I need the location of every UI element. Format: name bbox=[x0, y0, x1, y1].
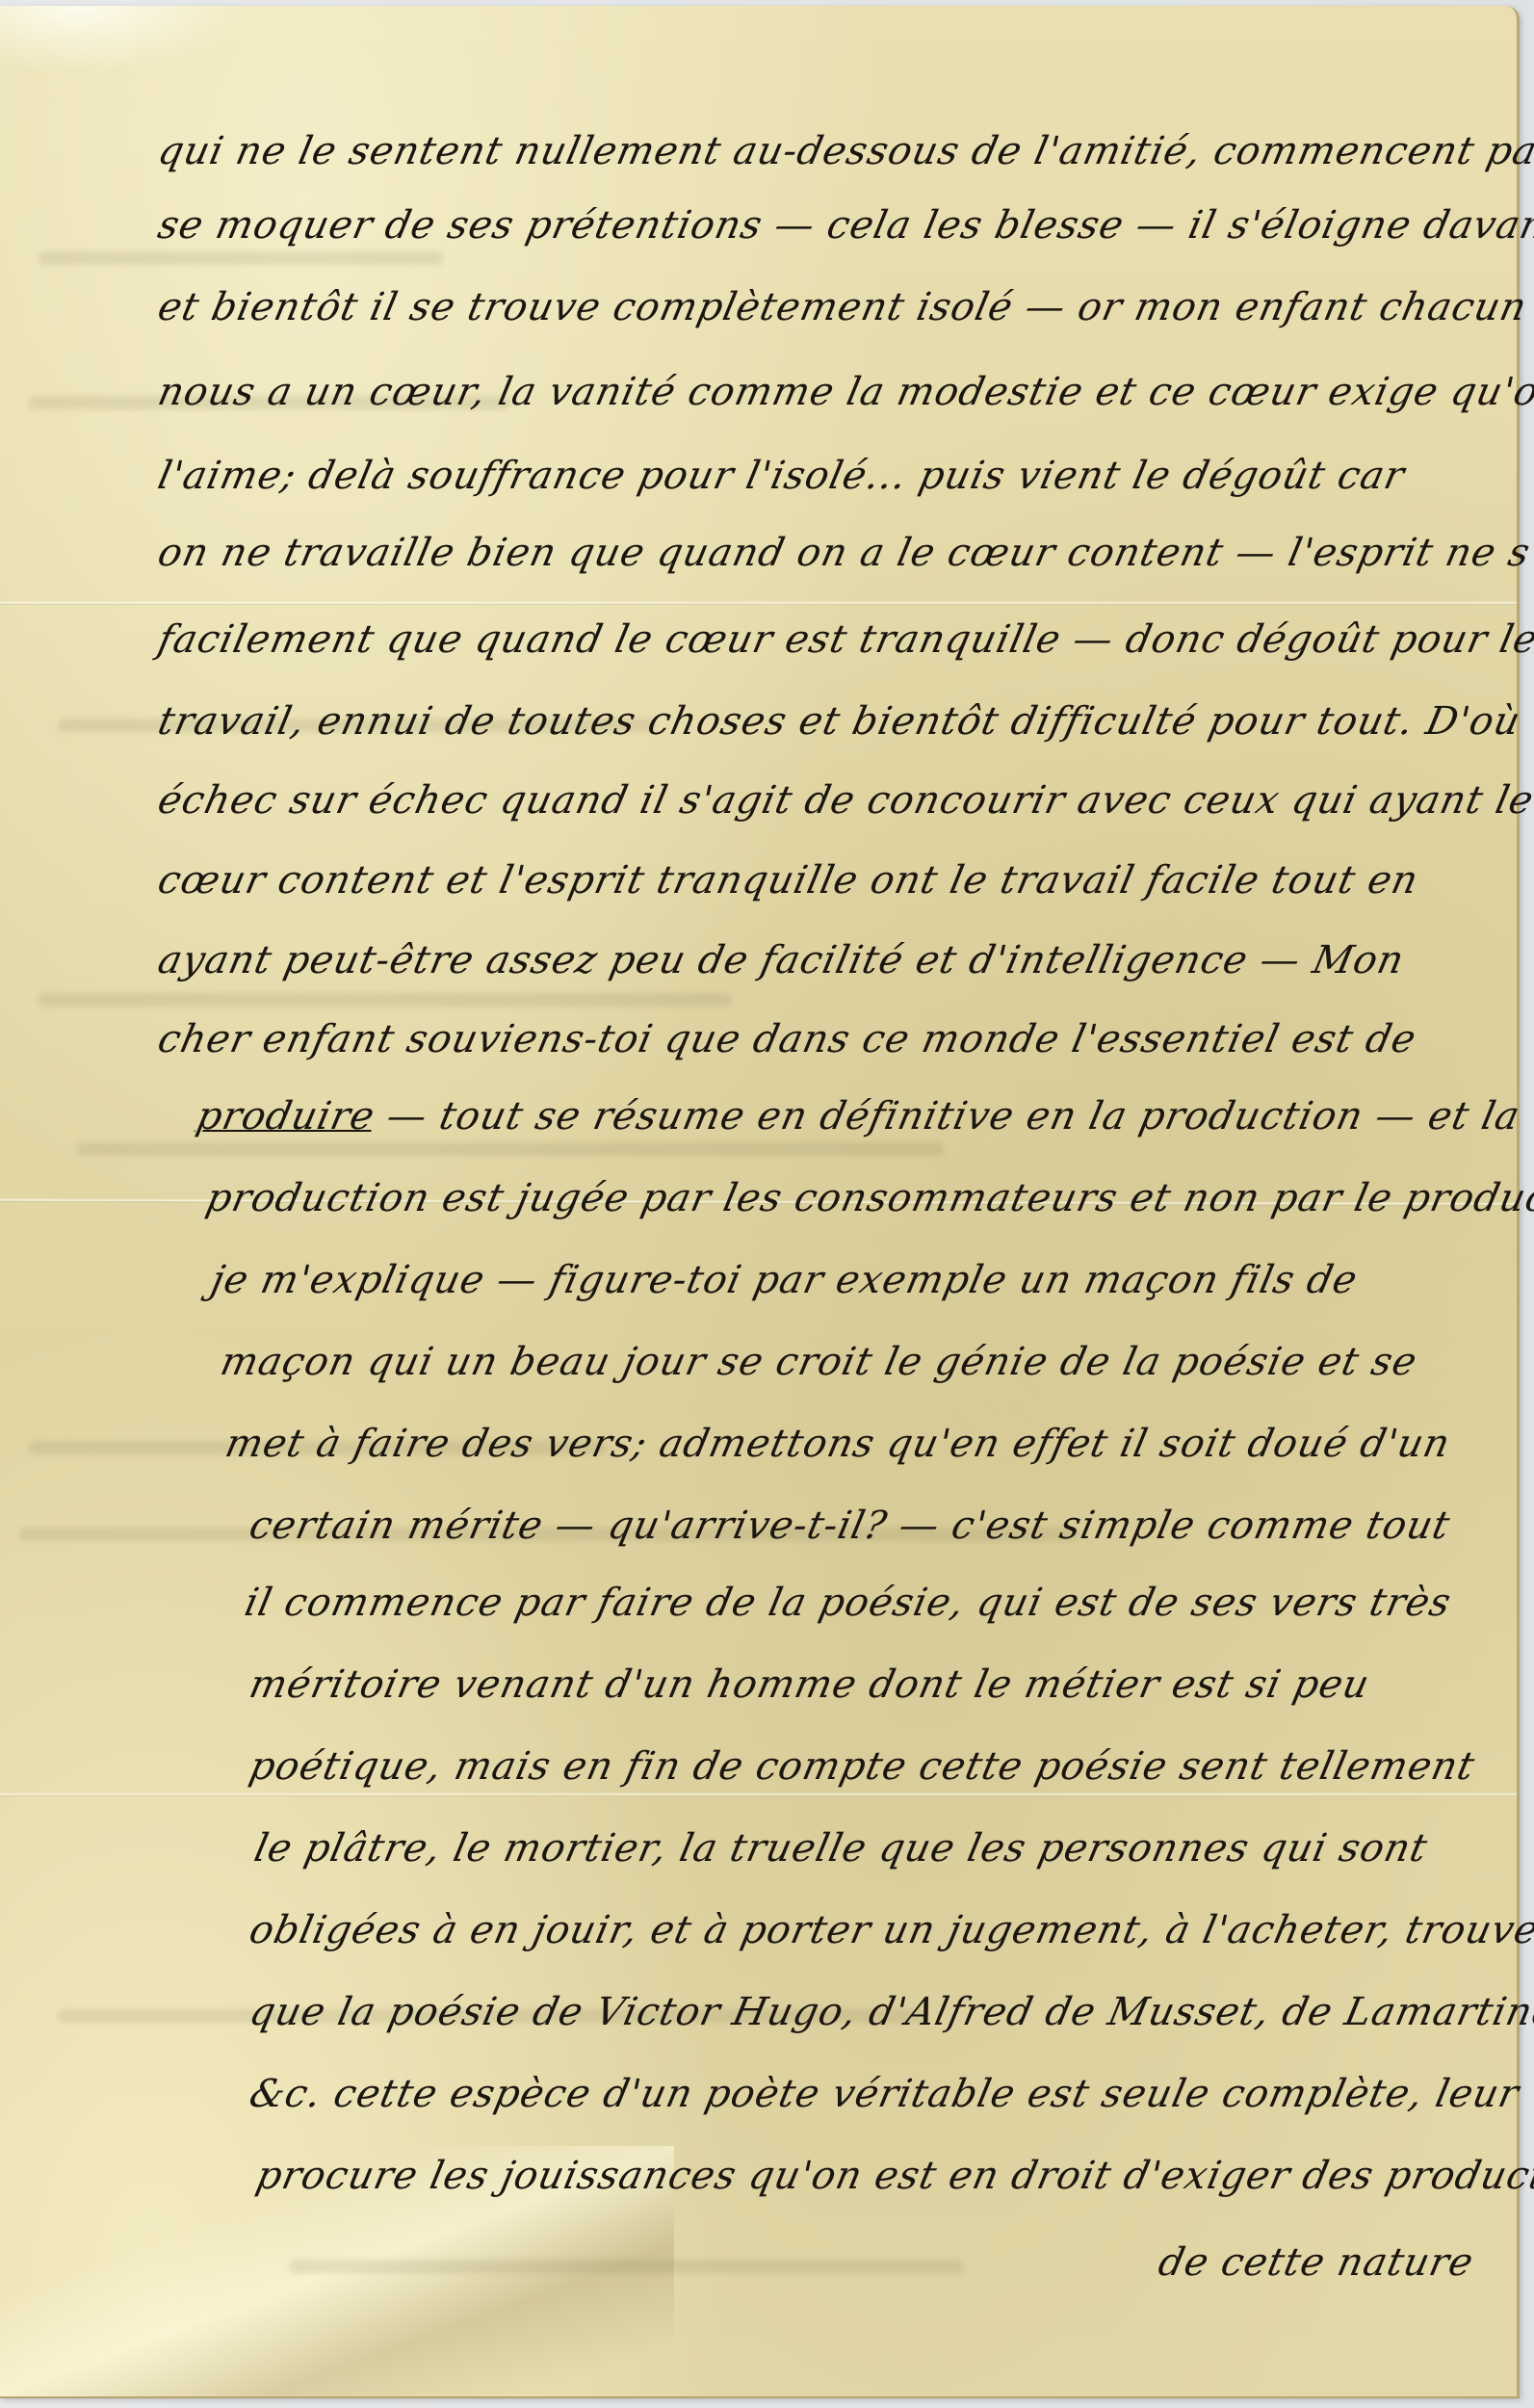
text-line: maçon qui un beau jour se croit le génie… bbox=[217, 1340, 1534, 1384]
text-line: poétique, mais en fin de compte cette po… bbox=[246, 1744, 1534, 1789]
text-line: on ne travaille bien que quand on a le c… bbox=[154, 531, 1512, 575]
text-line: ayant peut-être assez peu de facilité et… bbox=[154, 938, 1512, 982]
text-line: l'aime; delà souffrance pour l'isolé... … bbox=[154, 454, 1512, 498]
text-line: cher enfant souviens-toi que dans ce mon… bbox=[154, 1017, 1512, 1061]
text-line: cœur content et l'esprit tranquille ont … bbox=[154, 858, 1512, 903]
text-line: et bientôt il se trouve complètement iso… bbox=[154, 285, 1512, 329]
text-line: procure les jouissances qu'on est en dro… bbox=[252, 2154, 1534, 2198]
handwritten-text: qui ne le sentent nullement au-dessous d… bbox=[0, 6, 1517, 2396]
text-line: production est jugée par les consommateu… bbox=[202, 1176, 1534, 1220]
text-line: que la poésie de Victor Hugo, d'Alfred d… bbox=[246, 1990, 1534, 2034]
text-line: échec sur échec quand il s'agit de conco… bbox=[154, 778, 1512, 823]
text-line: travail, ennui de toutes choses et bient… bbox=[154, 699, 1512, 744]
text-line: produire — tout se résume en définitive … bbox=[193, 1094, 1524, 1139]
text-line: met à faire des vers; admettons qu'en ef… bbox=[221, 1422, 1534, 1466]
text-line: qui ne le sentent nullement au-dessous d… bbox=[154, 129, 1512, 173]
underlined-word: produire bbox=[193, 1094, 379, 1139]
text-line: certain mérite — qu'arrive-t-il? — c'est… bbox=[246, 1504, 1534, 1548]
text-line: je m'explique — figure-toi par exemple u… bbox=[207, 1258, 1534, 1302]
text-line: se moquer de ses prétentions — cela les … bbox=[154, 203, 1512, 248]
letter-page: qui ne le sentent nullement au-dessous d… bbox=[0, 6, 1520, 2398]
text-line: méritoire venant d'un homme dont le méti… bbox=[246, 1662, 1534, 1707]
text-line: il commence par faire de la poésie, qui … bbox=[241, 1581, 1534, 1625]
closing-line: de cette nature bbox=[1155, 2240, 1478, 2285]
text-line-emphasized: produire — tout se résume en définitive … bbox=[193, 1094, 1534, 1139]
text-line: facilement que quand le cœur est tranqui… bbox=[154, 617, 1512, 662]
text-line: obligées à en jouir, et à porter un juge… bbox=[246, 1908, 1534, 1952]
text-line: le plâtre, le mortier, la truelle que le… bbox=[250, 1826, 1534, 1871]
text-line: nous a un cœur, la vanité comme la modes… bbox=[154, 370, 1512, 414]
text-line: &c. cette espèce d'un poète véritable es… bbox=[246, 2072, 1534, 2116]
